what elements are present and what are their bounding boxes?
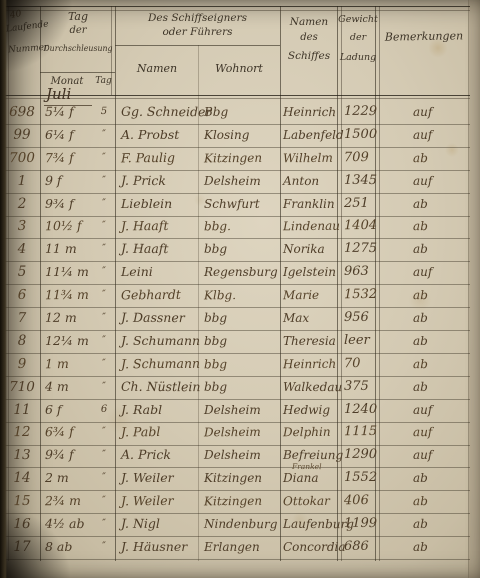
row-day: ″ xyxy=(95,377,113,397)
header-date-line1: Tag xyxy=(42,10,114,23)
row-no: 8 xyxy=(4,331,40,351)
row-residence: Delsheim xyxy=(204,400,282,420)
row-weight: 1500 xyxy=(344,125,402,145)
row-residence: Kitzingen xyxy=(204,468,282,488)
row-no: 15 xyxy=(4,491,40,511)
row-weight: 406 xyxy=(344,491,402,512)
header-date-line2: der xyxy=(42,25,114,36)
row-no: 2 xyxy=(4,194,40,214)
row-name: J. Nigl xyxy=(121,514,205,534)
row-dir: auf xyxy=(413,400,453,420)
row-weight: 1275 xyxy=(344,239,402,259)
row-weight: 1552 xyxy=(344,468,402,488)
row-weight: 709 xyxy=(344,148,402,169)
header-date-line3: Durchschleusung xyxy=(39,44,116,54)
row-weight: 251 xyxy=(344,194,402,214)
row-weight: 70 xyxy=(344,354,402,375)
table-row: 411 m″J. HaaftbbgNorika1275ab xyxy=(0,238,480,261)
row-name: J. Schumann xyxy=(121,353,205,374)
row-ship: Concordia xyxy=(283,537,343,557)
row-dir: ab xyxy=(413,285,453,305)
row-day: ″ xyxy=(95,308,113,328)
row-day: 6 xyxy=(95,400,113,420)
row-ship: Marie xyxy=(283,285,343,306)
row-day: ″ xyxy=(95,194,113,214)
row-dir: auf xyxy=(413,262,453,282)
row-time: 12¼ m xyxy=(45,331,95,351)
table-row: 116 f6J. RablDelsheimHedwig1240auf xyxy=(0,399,480,422)
row-time: 6 f xyxy=(45,400,95,420)
row-ship: Walkedau xyxy=(283,377,343,397)
rule-line-horizontal xyxy=(115,45,280,46)
row-no: 99 xyxy=(4,125,40,145)
table-row: 511¼ m″LeiniRegensburgIgelstein963auf xyxy=(0,261,480,284)
header-owner-residence-subcol: Wohnort xyxy=(200,62,278,75)
row-no: 7 xyxy=(4,308,40,328)
table-row: 91 m″J. SchumannbbgHeinrich70ab xyxy=(0,353,480,376)
row-dir: auf xyxy=(413,125,453,145)
row-no: 17 xyxy=(4,537,40,557)
row-time: 6¼ f xyxy=(45,125,95,145)
row-weight: leer xyxy=(344,331,402,351)
row-day: ″ xyxy=(95,262,113,282)
row-name: J. Schumann xyxy=(121,331,205,351)
row-time: 8 ab xyxy=(45,537,95,557)
row-dir: ab xyxy=(413,377,453,397)
row-name: J. Prick xyxy=(121,170,205,190)
row-day: ″ xyxy=(95,491,113,511)
row-day: ″ xyxy=(95,354,113,374)
row-dir: ab xyxy=(413,354,453,374)
row-ship: Igelstein xyxy=(283,262,343,282)
header-weight-line2: der xyxy=(334,32,382,43)
row-no: 16 xyxy=(4,514,40,534)
row-time: 4 m xyxy=(45,377,95,397)
rule-line-horizontal xyxy=(40,72,115,73)
row-weight: 686 xyxy=(344,537,402,557)
row-name: J. Häusner xyxy=(121,537,205,557)
row-residence: Klosing xyxy=(204,125,282,145)
table-row: 611¾ m″GebhardtKlbg.Marie1532ab xyxy=(0,284,480,307)
row-day: ″ xyxy=(95,216,113,236)
row-ship: Labenfeld xyxy=(283,125,343,145)
row-ship: Wilhelm xyxy=(283,148,343,169)
header-weight-line3: Ladung xyxy=(334,52,382,63)
row-weight: 963 xyxy=(344,262,402,282)
row-weight: 1532 xyxy=(344,285,402,306)
row-weight: 1229 xyxy=(344,102,402,122)
row-name: Ch. Nüstlein xyxy=(121,376,205,396)
row-time: 12 m xyxy=(45,308,95,328)
table-row: 7104 m″Ch. NüstleinbbgWalkedau375ab xyxy=(0,376,480,399)
row-day: ″ xyxy=(95,148,113,168)
row-time: 2¾ m xyxy=(45,491,95,511)
row-residence: bbg xyxy=(204,308,282,328)
row-weight: 1115 xyxy=(344,422,402,443)
row-day: ″ xyxy=(95,171,113,191)
row-residence: bbg xyxy=(204,353,282,374)
header-owner-line2: oder Führers xyxy=(117,26,278,38)
row-time: 11 m xyxy=(45,239,95,259)
row-no: 13 xyxy=(4,445,40,465)
table-row: 6985¼ f5Gg. SchneiderBbgHeinrich1229auf xyxy=(0,101,480,124)
row-ship: Norika xyxy=(283,239,343,259)
header-ship-line3: Schiffes xyxy=(281,50,337,62)
row-name: J. Weiler xyxy=(121,468,205,488)
row-ship: Theresia xyxy=(283,331,343,351)
row-dir: auf xyxy=(413,102,453,122)
row-ship: Laufenburg xyxy=(283,514,343,534)
row-dir: auf xyxy=(413,171,453,191)
row-name: F. Paulig xyxy=(121,147,205,168)
row-ship: Heinrich xyxy=(283,354,343,375)
row-ship: Anton xyxy=(283,171,343,191)
row-time: 11¾ m xyxy=(45,285,95,305)
row-residence: bbg xyxy=(204,331,282,351)
table-row: 126¾ f″J. PablDelsheimDelphin1115auf xyxy=(0,421,480,444)
row-no: 14 xyxy=(4,468,40,488)
row-time: 9¾ f xyxy=(45,194,95,214)
row-time: 9¾ f xyxy=(45,445,95,465)
row-name: Gebhardt xyxy=(121,285,205,306)
row-name: J. Dassner xyxy=(121,308,205,328)
row-time: 11¼ m xyxy=(45,262,95,282)
row-no: 1 xyxy=(4,171,40,191)
row-weight: 956 xyxy=(344,308,402,328)
row-time: 4½ ab xyxy=(45,514,95,534)
row-day: 5 xyxy=(95,102,113,122)
header-remarks: Bemerkungen xyxy=(380,29,468,44)
header-weight-line1: Gewicht xyxy=(334,14,382,25)
row-weight: 1199 xyxy=(344,514,402,534)
row-no: 700 xyxy=(4,148,40,168)
table-row: 164½ ab″J. NiglNindenburgLaufenburg1199a… xyxy=(0,513,480,536)
row-dir: ab xyxy=(413,148,453,168)
row-name: J. Rabl xyxy=(121,400,205,420)
row-weight: 1345 xyxy=(344,171,402,191)
row-no: 3 xyxy=(4,216,40,236)
row-residence: Bbg xyxy=(204,102,282,122)
scanned-register-page: { "page": { "corner_mark": "40", "month_… xyxy=(0,0,480,578)
row-time: 2 m xyxy=(45,468,95,488)
row-ship: Max xyxy=(283,308,343,328)
table-row: 812¼ m″J. SchumannbbgTheresialeerab xyxy=(0,330,480,353)
table-row: 7007¾ f″F. PauligKitzingenWilhelm709ab xyxy=(0,147,480,170)
row-dir: ab xyxy=(413,331,453,351)
row-day: ″ xyxy=(95,331,113,351)
row-day: ″ xyxy=(95,422,113,442)
row-dir: ab xyxy=(413,468,453,488)
row-name: A. Probst xyxy=(121,125,205,145)
row-dir: auf xyxy=(413,422,453,442)
row-name: Leini xyxy=(121,262,205,282)
row-day: ″ xyxy=(95,445,113,465)
row-dir: auf xyxy=(413,445,453,465)
row-residence: Kitzingen xyxy=(204,491,282,512)
rule-line-horizontal xyxy=(4,6,470,7)
header-owner-name-subcol: Namen xyxy=(117,62,197,75)
row-time: 9 f xyxy=(45,171,95,191)
register-rows: 6985¼ f5Gg. SchneiderBbgHeinrich1229auf9… xyxy=(0,101,480,559)
row-day: ″ xyxy=(95,537,113,557)
row-residence: Delsheim xyxy=(204,422,282,443)
row-name: J. Haaft xyxy=(121,239,205,259)
row-ship: Heinrich xyxy=(283,102,343,122)
row-residence: Delsheim xyxy=(204,445,282,465)
header-ship-line1: Namen xyxy=(281,16,337,28)
row-residence: Delsheim xyxy=(204,170,282,190)
row-day: ″ xyxy=(95,125,113,145)
rule-line-horizontal xyxy=(4,559,470,560)
row-ship: Delphin xyxy=(283,422,343,443)
row-no: 11 xyxy=(4,400,40,420)
row-dir: ab xyxy=(413,239,453,259)
row-ship: Diana xyxy=(283,468,343,488)
row-name: J. Haaft xyxy=(121,216,205,237)
corner-mark: 40 xyxy=(9,9,22,21)
row-no: 710 xyxy=(4,377,40,397)
table-row: 29¾ f″LiebleinSchwfurtFranklin251ab xyxy=(0,193,480,216)
row-day: ″ xyxy=(95,285,113,305)
table-row: 178 ab″J. HäusnerErlangenConcordia686ab xyxy=(0,536,480,559)
row-residence: Schwfurt xyxy=(204,194,282,214)
row-no: 6 xyxy=(4,285,40,305)
row-weight: 1404 xyxy=(344,216,402,237)
row-time: 10½ f xyxy=(45,216,95,236)
row-no: 9 xyxy=(4,354,40,374)
row-residence: Erlangen xyxy=(204,537,282,557)
row-name: Lieblein xyxy=(121,194,205,214)
row-day: ″ xyxy=(95,468,113,488)
row-ship: Hedwig xyxy=(283,400,343,420)
row-name: A. Prick xyxy=(121,445,205,465)
row-ship: Ottokar xyxy=(283,491,343,512)
row-name: Gg. Schneider xyxy=(121,102,205,122)
header-owner-line1: Des Schiffseigners xyxy=(117,12,278,24)
row-day: ″ xyxy=(95,239,113,259)
header-day-subcol: Tag xyxy=(92,76,115,86)
row-name: J. Weiler xyxy=(121,491,205,512)
table-row: 310½ f″J. Haaftbbg.Lindenau1404ab xyxy=(0,215,480,238)
row-no: 698 xyxy=(4,102,40,122)
row-name: J. Pabl xyxy=(121,422,205,443)
row-time: 7¾ f xyxy=(45,148,95,168)
row-dir: ab xyxy=(413,537,453,557)
book-binding-edge xyxy=(0,0,7,578)
row-ship: Franklin xyxy=(283,194,343,214)
row-dir: ab xyxy=(413,514,453,534)
row-residence: Nindenburg xyxy=(204,514,282,534)
row-residence: bbg xyxy=(204,239,282,259)
row-ship: Lindenau xyxy=(283,216,343,237)
table-row: 139¾ f″A. PrickDelsheimBefreiung1290aufF… xyxy=(0,444,480,467)
row-dir: ab xyxy=(413,194,453,214)
row-weight: 375 xyxy=(344,377,402,397)
row-dir: ab xyxy=(413,491,453,511)
row-dir: ab xyxy=(413,308,453,328)
row-no: 12 xyxy=(4,422,40,442)
rule-line-horizontal xyxy=(4,95,470,96)
row-residence: Regensburg xyxy=(204,262,282,282)
row-time: 1 m xyxy=(45,354,95,374)
table-row: 996¼ f″A. ProbstKlosingLabenfeld1500auf xyxy=(0,124,480,147)
table-row: 152¾ m″J. WeilerKitzingenOttokar406ab xyxy=(0,490,480,513)
row-weight: 1240 xyxy=(344,400,402,420)
header-ship-line2: des xyxy=(281,32,337,43)
row-residence: Kitzingen xyxy=(204,147,282,168)
row-no: 5 xyxy=(4,262,40,282)
row-time: 5¼ f xyxy=(45,102,95,122)
row-day: ″ xyxy=(95,514,113,534)
row-time: 6¾ f xyxy=(45,422,95,442)
rule-line-horizontal xyxy=(4,98,470,99)
table-row: 142 m″J. WeilerKitzingenDiana1552ab xyxy=(0,467,480,490)
table-row: 712 m″J. DassnerbbgMax956ab xyxy=(0,307,480,330)
row-residence: bbg. xyxy=(204,216,282,237)
row-dir: ab xyxy=(413,216,453,236)
row-residence: bbg xyxy=(204,376,282,396)
row-weight: 1290 xyxy=(344,445,402,465)
row-no: 4 xyxy=(4,239,40,259)
table-row: 19 f″J. PrickDelsheimAnton1345auf xyxy=(0,170,480,193)
row-residence: Klbg. xyxy=(204,285,282,306)
